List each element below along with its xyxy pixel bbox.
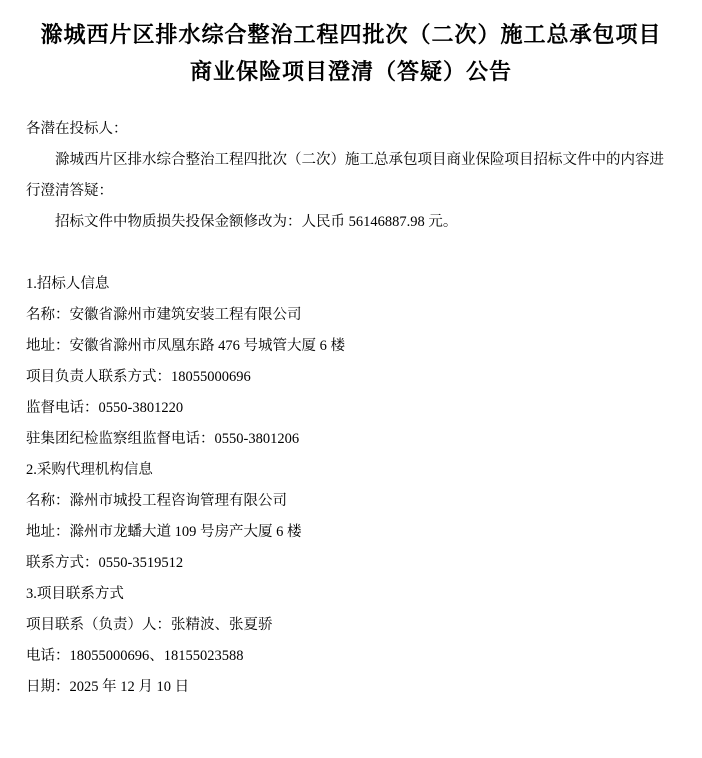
- document-page: 滁城西片区排水综合整治工程四批次（二次）施工总承包项目商业保险项目澄清（答疑）公…: [0, 0, 702, 758]
- project-contact-person-line: 项目联系（负责）人：张精波、张夏骄: [26, 610, 676, 641]
- salutation: 各潜在投标人：: [26, 114, 676, 145]
- agency-name-line: 名称：滁州市城投工程咨询管理有限公司: [26, 486, 676, 517]
- bidder-address-line: 地址：安徽省滁州市凤凰东路 476 号城管大厦 6 楼: [26, 331, 676, 362]
- blank-line: [26, 238, 676, 269]
- supervision-phone-line: 监督电话：0550-3801220: [26, 393, 676, 424]
- discipline-inspection-phone-line: 驻集团纪检监察组监督电话：0550-3801206: [26, 424, 676, 455]
- bidder-name-line: 名称：安徽省滁州市建筑安装工程有限公司: [26, 300, 676, 331]
- intro-paragraph: 滁城西片区排水综合整治工程四批次（二次）施工总承包项目商业保险项目招标文件中的内…: [26, 145, 676, 207]
- section-heading-project-contact: 3.项目联系方式: [26, 579, 676, 610]
- document-body: 各潜在投标人： 滁城西片区排水综合整治工程四批次（二次）施工总承包项目商业保险项…: [26, 114, 676, 703]
- agency-contact-line: 联系方式：0550-3519512: [26, 548, 676, 579]
- project-contact-phone-line: 电话：18055000696、18155023588: [26, 641, 676, 672]
- agency-address-line: 地址：滁州市龙蟠大道 109 号房产大厦 6 楼: [26, 517, 676, 548]
- date-line: 日期：2025 年 12 月 10 日: [26, 672, 676, 703]
- clarification-paragraph: 招标文件中物质损失投保金额修改为：人民币 56146887.98 元。: [26, 207, 676, 238]
- document-title: 滁城西片区排水综合整治工程四批次（二次）施工总承包项目商业保险项目澄清（答疑）公…: [33, 16, 669, 90]
- section-heading-agency-info: 2.采购代理机构信息: [26, 455, 676, 486]
- project-manager-contact-line: 项目负责人联系方式：18055000696: [26, 362, 676, 393]
- section-heading-bidder-info: 1.招标人信息: [26, 269, 676, 300]
